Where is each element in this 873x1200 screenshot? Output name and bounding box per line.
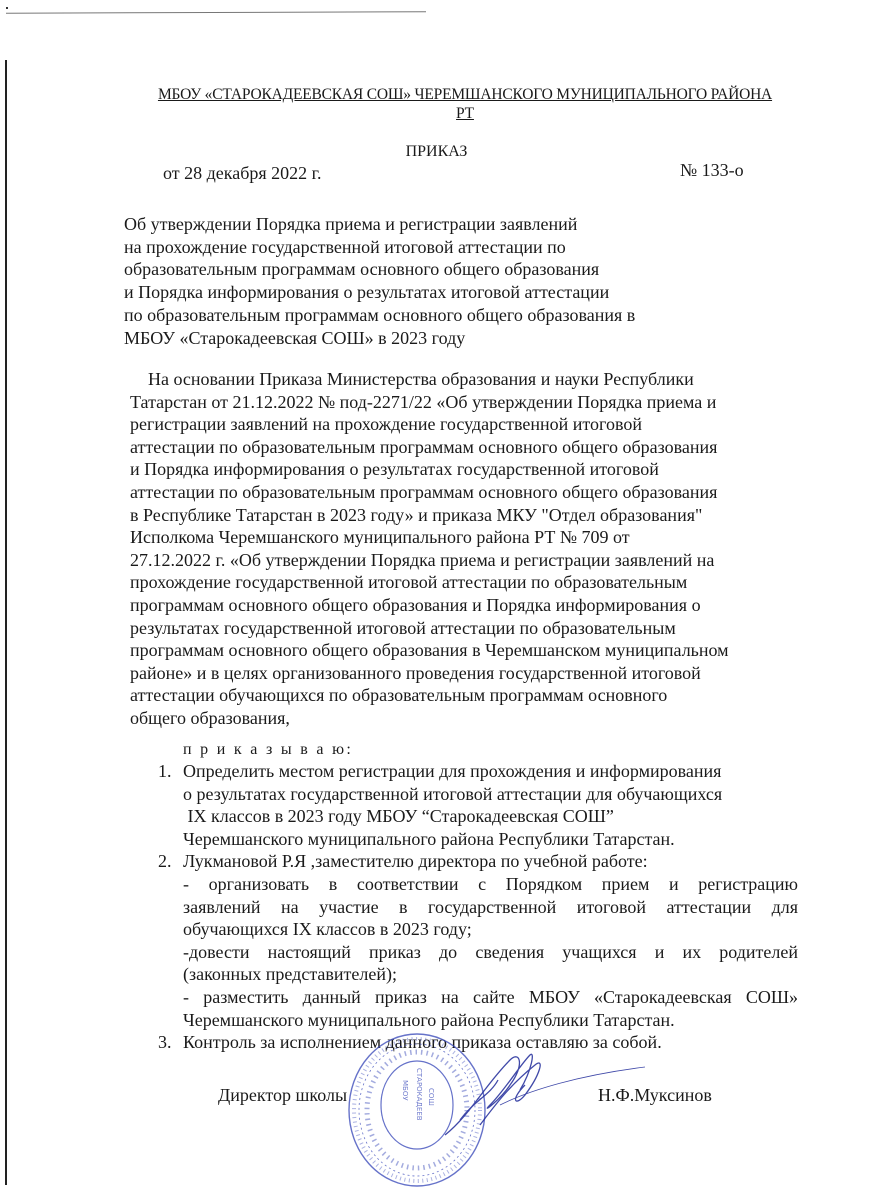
subject-line: образовательным программам основного общ… <box>124 258 744 281</box>
subject-line: и Порядка информирования о результатах и… <box>124 281 744 304</box>
body-line: регистрации заявлений на прохождение гос… <box>130 413 800 436</box>
item-line: -довести настоящий приказ до сведения уч… <box>183 941 798 964</box>
item-line: - организовать в соответствии с Порядком… <box>183 873 798 896</box>
body-line: результатах государственной итоговой атт… <box>130 617 800 640</box>
item-line: Черемшанского муниципального района Респ… <box>183 1009 808 1032</box>
body-line: На основании Приказа Министерства образо… <box>130 368 800 391</box>
item-line: IX классов в 2023 году МБОУ “Старокадеев… <box>183 805 808 828</box>
item-number: 1. <box>158 760 172 783</box>
order-subject: Об утверждении Порядка приема и регистра… <box>124 213 744 349</box>
item-line: о результатах государственной итоговой а… <box>183 783 808 806</box>
preamble-paragraph: На основании Приказа Министерства образо… <box>130 368 800 730</box>
scan-edge-top <box>6 11 426 13</box>
svg-text:СТАРОКАДЕЕВ: СТАРОКАДЕЕВ <box>415 1068 423 1121</box>
item-number: 3. <box>158 1031 172 1054</box>
subject-line: на прохождение государственной итоговой … <box>124 236 744 259</box>
body-line: программам основного общего образования … <box>130 639 800 662</box>
order-directive-word: п р и к а з ы в а ю: <box>183 741 353 759</box>
body-line: прохождение государственной итоговой атт… <box>130 571 800 594</box>
body-line: 27.12.2022 г. «Об утверждении Порядка пр… <box>130 549 800 572</box>
organization-name: МБОУ «СТАРОКАДЕЕВСКАЯ СОШ» ЧЕРЕМШАНСКОГО… <box>120 85 810 104</box>
item-line: Определить местом регистрации для прохож… <box>183 760 808 783</box>
body-line: Исполкома Черемшанского муниципального р… <box>130 526 800 549</box>
order-item-1: 1. Определить местом регистрации для про… <box>158 760 808 850</box>
body-line: и Порядка информирования о результатах г… <box>130 458 800 481</box>
body-line: аттестации по образовательным программам… <box>130 481 800 504</box>
item-line: - разместить данный приказ на сайте МБОУ… <box>183 986 798 1009</box>
item-line: Черемшанского муниципального района Респ… <box>183 828 808 851</box>
subject-line: по образовательным программам основного … <box>124 304 744 327</box>
organization-header: МБОУ «СТАРОКАДЕЕВСКАЯ СОШ» ЧЕРЕМШАНСКОГО… <box>120 85 810 123</box>
body-line: в Республике Татарстан в 2023 году» и пр… <box>130 504 800 527</box>
item-line: заявлений на участие в государственной и… <box>183 896 798 919</box>
body-line: программам основного общего образования … <box>130 594 800 617</box>
item-line: обучающихся IX классов в 2023 году; <box>183 918 808 941</box>
signatory-role: Директор школы <box>218 1085 347 1106</box>
body-line: районе» и в целях организованного провед… <box>130 662 800 685</box>
order-items-list: 1. Определить местом регистрации для про… <box>158 760 808 1054</box>
item-line: (законных представителей); <box>183 963 808 986</box>
scan-edge-left <box>5 60 7 1185</box>
document-type-title: ПРИКАЗ <box>0 143 873 161</box>
item-number: 2. <box>158 850 172 873</box>
order-item-2: 2. Лукмановой Р.Я ,заместителю директора… <box>158 850 808 1031</box>
body-line: аттестации по образовательным программам… <box>130 436 800 459</box>
item-line: Лукмановой Р.Я ,заместителю директора по… <box>183 850 808 873</box>
svg-text:СОШ: СОШ <box>427 1088 435 1106</box>
document-page: МБОУ «СТАРОКАДЕЕВСКАЯ СОШ» ЧЕРЕМШАНСКОГО… <box>0 0 873 1200</box>
document-number: № 133-о <box>680 160 744 181</box>
body-line: аттестации обучающихся по образовательны… <box>130 684 800 707</box>
scan-artifact-dot <box>6 7 8 9</box>
subject-line: Об утверждении Порядка приема и регистра… <box>124 213 744 236</box>
organization-region: РТ <box>120 104 810 123</box>
body-line: общего образования, <box>130 707 800 730</box>
handwritten-signature-icon <box>440 1045 650 1140</box>
svg-text:МБОУ: МБОУ <box>401 1080 409 1101</box>
subject-line: МБОУ «Старокадеевская СОШ» в 2023 году <box>124 327 744 350</box>
document-date: от 28 декабря 2022 г. <box>163 163 322 184</box>
body-line: Татарстан от 21.12.2022 № под-2271/22 «О… <box>130 391 800 414</box>
